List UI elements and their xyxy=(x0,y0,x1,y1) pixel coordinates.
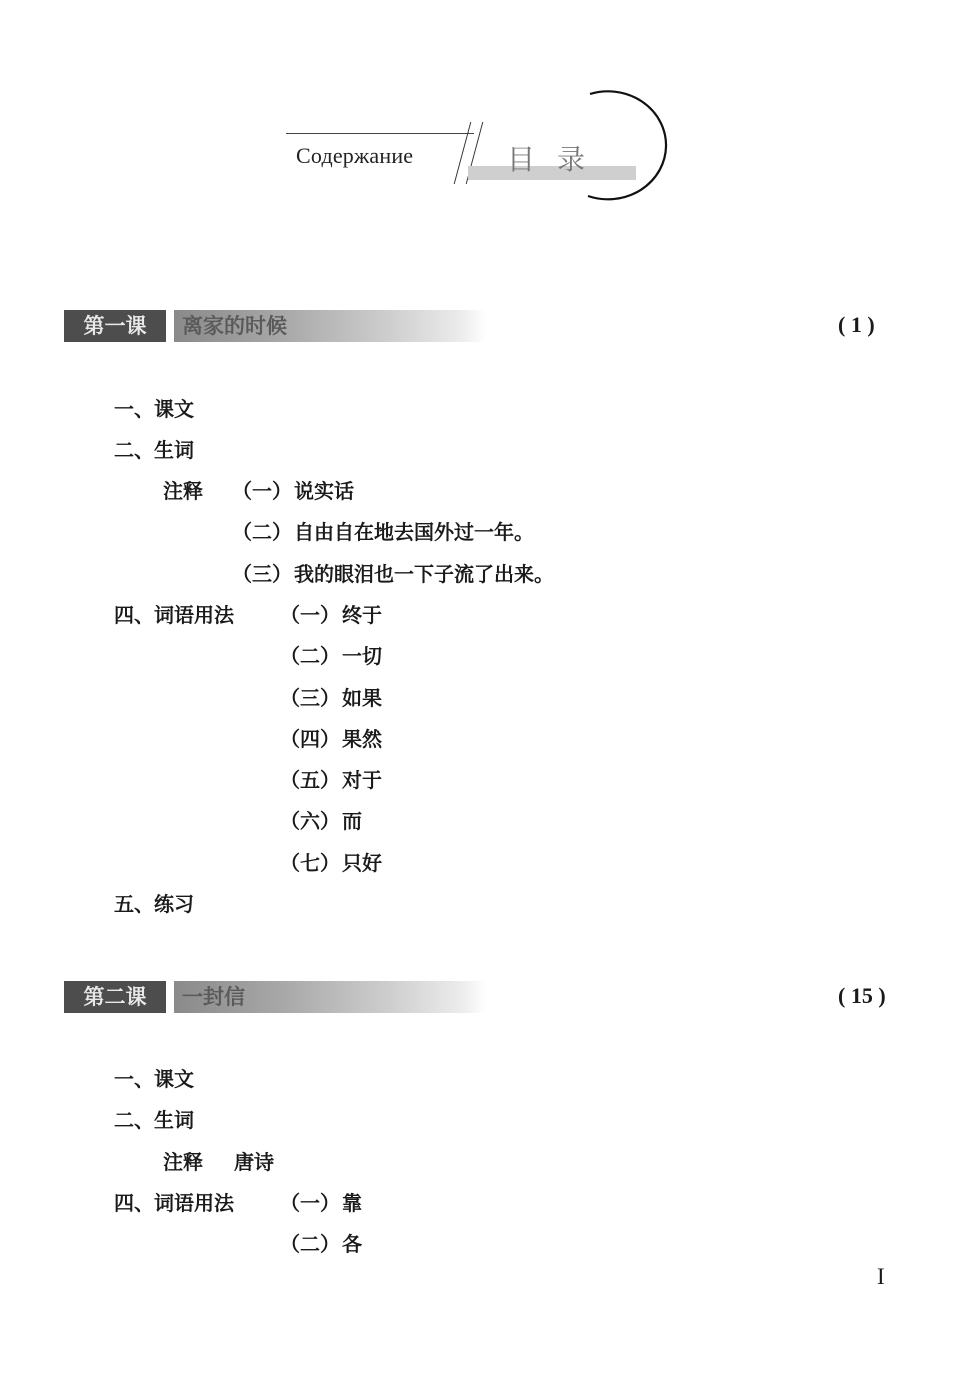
subitem-marker: （一） xyxy=(280,603,342,627)
subitem-text: 靠 xyxy=(342,1191,362,1215)
subitem-marker: （七） xyxy=(280,851,342,875)
toc-item: 注释 xyxy=(163,479,203,503)
header-title-russian: Содержание xyxy=(296,143,413,169)
subitem-marker: （三） xyxy=(232,562,294,586)
header-arc-decoration xyxy=(560,88,684,202)
toc-item: 二、生词 xyxy=(114,438,194,462)
toc-item: 四、词语用法 xyxy=(114,1191,234,1215)
toc-subitem: （三）如果 xyxy=(280,686,382,710)
toc-subitem: （一）靠 xyxy=(280,1191,362,1215)
toc-item: 注释 xyxy=(163,1150,203,1174)
toc-item-text: 唐诗 xyxy=(234,1150,274,1174)
subitem-marker: （二） xyxy=(280,1232,342,1256)
lesson-1-page: ( 1 ) xyxy=(838,312,875,338)
subitem-text: 对于 xyxy=(342,768,382,792)
toc-subitem: （三）我的眼泪也一下子流了出来。 xyxy=(232,562,554,586)
toc-item: 四、词语用法 xyxy=(114,603,234,627)
lesson-2-number: 第二课 xyxy=(64,981,166,1013)
toc-item: 一、课文 xyxy=(114,397,194,421)
toc-subitem: （二）一切 xyxy=(280,644,382,668)
lesson-2-title: 一封信 xyxy=(174,981,486,1013)
lesson-1-title: 离家的时候 xyxy=(174,310,486,342)
subitem-text: 终于 xyxy=(342,603,382,627)
subitem-text: 只好 xyxy=(342,851,382,875)
subitem-marker: （五） xyxy=(280,768,342,792)
toc-subitem: （一）说实话 xyxy=(232,479,354,503)
page-folio: I xyxy=(877,1264,885,1290)
toc-subitem: （二）自由自在地去国外过一年。 xyxy=(232,520,534,544)
toc-subitem: （六）而 xyxy=(280,809,362,833)
header-rule xyxy=(286,133,474,134)
toc-item: 五、练习 xyxy=(114,892,194,916)
subitem-marker: （四） xyxy=(280,727,342,751)
toc-subitem: （一）终于 xyxy=(280,603,382,627)
subitem-text: 我的眼泪也一下子流了出来。 xyxy=(294,562,554,586)
toc-subitem: （二）各 xyxy=(280,1232,362,1256)
lesson-1-number: 第一课 xyxy=(64,310,166,342)
subitem-text: 说实话 xyxy=(294,479,354,503)
subitem-marker: （三） xyxy=(280,686,342,710)
subitem-text: 如果 xyxy=(342,686,382,710)
subitem-text: 自由自在地去国外过一年。 xyxy=(294,520,534,544)
subitem-marker: （二） xyxy=(232,520,294,544)
subitem-marker: （一） xyxy=(232,479,294,503)
toc-item: 二、生词 xyxy=(114,1108,194,1132)
toc-subitem: （五）对于 xyxy=(280,768,382,792)
subitem-marker: （六） xyxy=(280,809,342,833)
toc-subitem: （四）果然 xyxy=(280,727,382,751)
subitem-marker: （一） xyxy=(280,1191,342,1215)
toc-subitem: （七）只好 xyxy=(280,851,382,875)
subitem-text: 而 xyxy=(342,809,362,833)
subitem-text: 一切 xyxy=(342,644,382,668)
subitem-text: 果然 xyxy=(342,727,382,751)
subitem-text: 各 xyxy=(342,1232,362,1256)
subitem-marker: （二） xyxy=(280,644,342,668)
toc-item: 一、课文 xyxy=(114,1067,194,1091)
lesson-2-page: ( 15 ) xyxy=(838,983,886,1009)
